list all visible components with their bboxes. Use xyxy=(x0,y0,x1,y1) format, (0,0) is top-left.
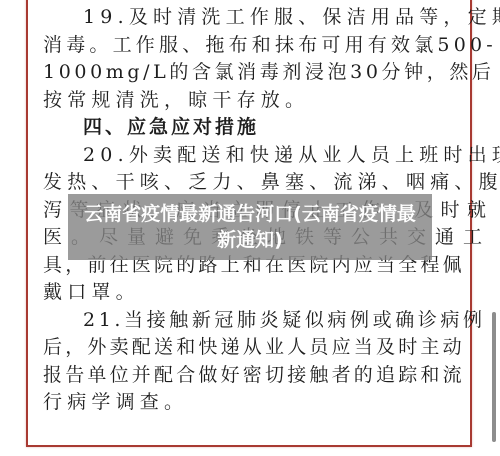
paragraph-21-line-3: 报告单位并配合做好密切接触者的追踪和流 xyxy=(43,362,457,390)
vertical-scrollbar[interactable] xyxy=(492,312,496,442)
paragraph-19-line-4: 按常规清洗，晾干存放。 xyxy=(43,87,457,115)
section-heading: 四、应急应对措施 xyxy=(43,114,457,142)
paragraph-20-line-6: 戴口罩。 xyxy=(43,279,457,307)
overlay-title: 云南省疫情最新通告河口(云南省疫情最新通知) xyxy=(80,201,420,253)
paragraph-19-line-2: 消毒。工作服、拖布和抹布可用有效氯500- xyxy=(43,32,457,60)
paragraph-21-line-2: 后，外卖配送和快递从业人员应当及时主动 xyxy=(43,334,457,362)
paragraph-20-line-1: 20.外卖配送和快递从业人员上班时出现 xyxy=(43,142,457,170)
paragraph-19-line-3: 1000mg/L的含氯消毒剂浸泡30分钟，然后 xyxy=(43,59,457,87)
paragraph-21-line-4: 行病学调查。 xyxy=(43,389,457,417)
paragraph-20-line-2: 发热、干咳、乏力、鼻塞、流涕、咽痛、腹 xyxy=(43,169,457,197)
paragraph-21-line-1: 21.当接触新冠肺炎疑似病例或确诊病例 xyxy=(43,307,457,335)
paragraph-19-line-1: 19.及时清洗工作服、保洁用品等，定期 xyxy=(43,4,457,32)
title-overlay: 云南省疫情最新通告河口(云南省疫情最新通知) xyxy=(68,194,432,260)
